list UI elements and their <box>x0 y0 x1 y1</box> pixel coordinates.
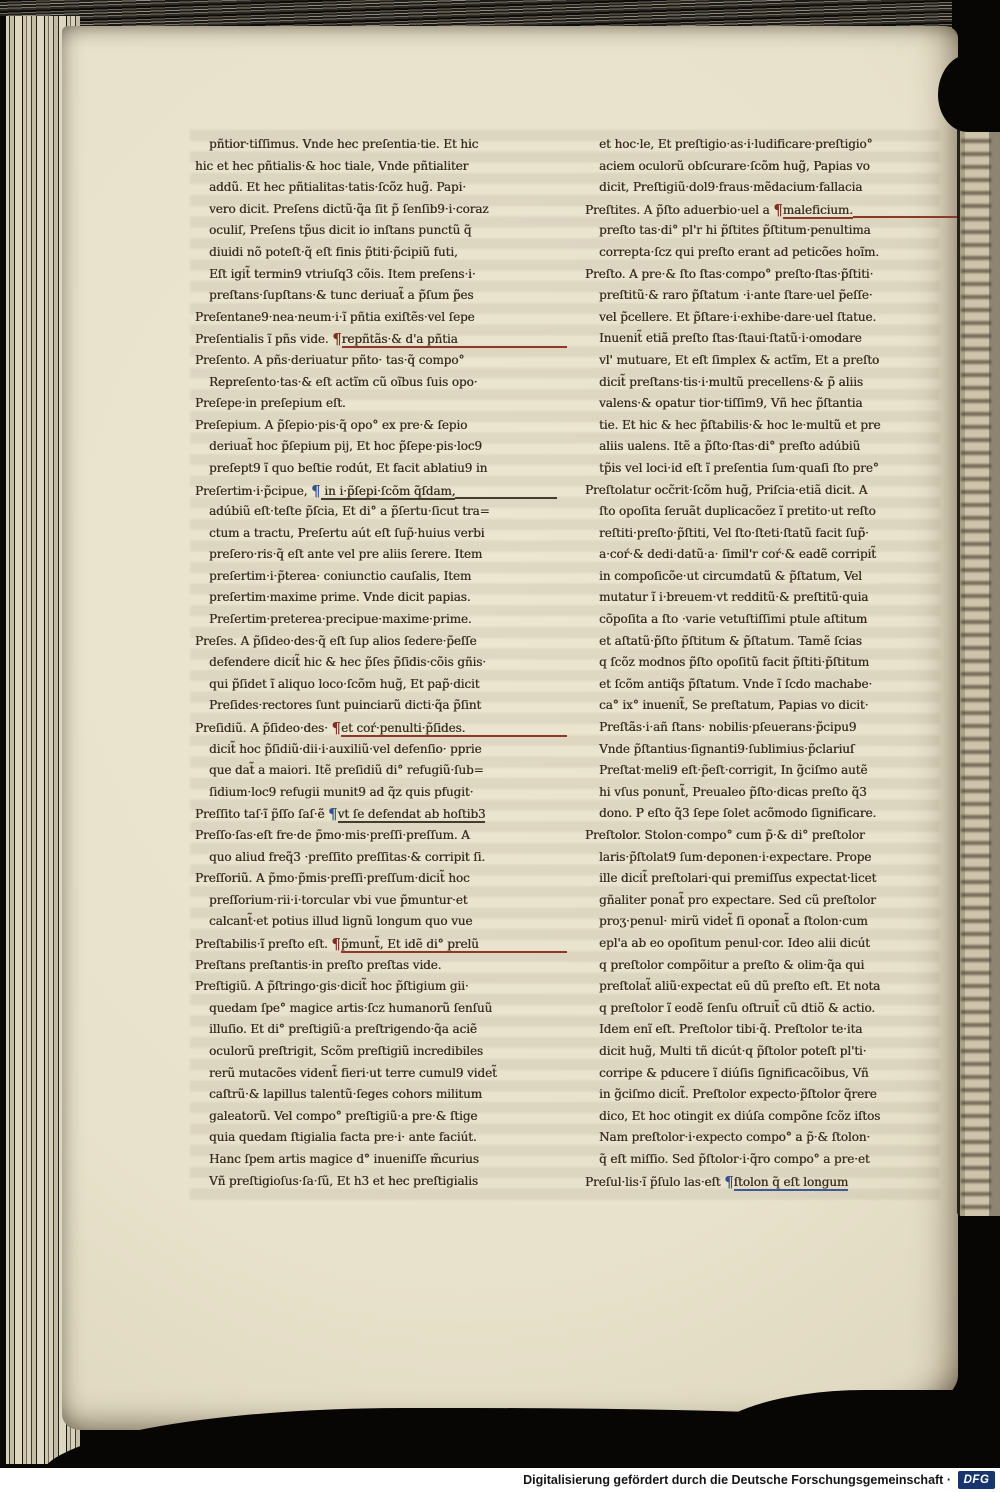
text-segment: quedam ſpe° magice artis·ſcz humanorũ ſe… <box>209 1001 492 1015</box>
text-line: preſtitũ·& raro p̃ſtatum ·i·ante ſtare·u… <box>585 288 943 310</box>
text-segment: dono. P eſto q̃3 ſepe ſolet acõmodo ſign… <box>599 806 876 820</box>
text-segment: cõpoſita a ſto ·varie vetuſtiſſimi ptule… <box>599 612 867 626</box>
text-line: et ſcõm antiq̃s p̃ſtatum. Vnde ĩ ſcdo ma… <box>585 677 943 699</box>
text-line: preſtolat̃ aliũ·expectat eũ dũ preſto eſ… <box>585 979 943 1001</box>
text-segment: laris·p̃ſtolat9 ſum·deponen·i·expectare.… <box>599 850 871 864</box>
text-segment: dicit̃ preſtans·tis·i·multũ precellens·&… <box>599 375 863 389</box>
text-line: aliis ualens. Itẽ a p̃ſto·ſtas·di° preſt… <box>585 439 943 461</box>
text-line: et hoc·le, Et preſtigio·as·i·ludificare·… <box>585 137 943 159</box>
text-line: dico, Et hoc otingit ex diúſa compõne ſc… <box>585 1109 943 1131</box>
text-segment: Preſepium. A p̃ſepio·pis·q̃ opo° ex pre·… <box>195 418 467 432</box>
text-segment: in i·p̃ſepi·ſcõm q̃ſdam, <box>321 484 456 500</box>
text-segment: Preſento. A pñs·deriuatur pñto· tas·q̃ c… <box>195 353 464 367</box>
text-segment: a·coŕ·& dedi·datũ·a· ſimil'r coŕ·& eadẽ … <box>599 547 876 561</box>
text-line: Preſepe·in preſepium eſt. <box>195 396 553 418</box>
text-segment: dicit̃ hoc p̃ſidiũ·dii·i·auxiliũ·vel def… <box>209 742 482 756</box>
text-segment: correpta·ſcz qui preſto erant ad peticõe… <box>599 245 879 259</box>
text-line: a·coŕ·& dedi·datũ·a· ſimil'r coŕ·& eadẽ … <box>585 547 943 569</box>
text-line: vl' mutuare, Et eſt ſimplex & actĩm, Et … <box>585 353 943 375</box>
text-segment: deriuat̃ hoc p̃ſepium pij, Et hoc p̃ſepe… <box>209 439 482 453</box>
paragraph-mark: ¶ <box>332 332 341 347</box>
text-line: correpta·ſcz qui preſto erant ad peticõe… <box>585 245 943 267</box>
text-segment: Preſentane9·nea·neum·i·ĩ pñtia exiſtẽs·v… <box>195 310 475 324</box>
text-segment: ſtolon q̃ eſt longum <box>734 1175 848 1191</box>
text-line: Hanc ſpem artis magice d° inueniſſe m̃cu… <box>195 1152 553 1174</box>
text-line: Preſtãs·i·añ ſtans· nobilis·pſeuerans·p̃… <box>585 720 943 742</box>
text-line: defendere dicit̃ hic & hec p̃ſes p̃ſidis… <box>195 655 553 677</box>
text-line: et aſtatũ·p̃ſto p̃ſtitum & p̃ſtatum. Tam… <box>585 634 943 656</box>
text-line: Vñ preſtigioſus·ſa·ſũ, Et h3 et hec preſ… <box>195 1174 553 1196</box>
text-line: Preſtolor. Stolon·compo° cum p̃·& di° pr… <box>585 828 943 850</box>
text-line: cõpoſita a ſto ·varie vetuſtiſſimi ptule… <box>585 612 943 634</box>
text-line: quedam ſpe° magice artis·ſcz humanorũ ſe… <box>195 1001 553 1023</box>
text-segment: Preſertim·i·p̃cipue, <box>195 484 311 498</box>
text-segment: Preſes. A p̃ſideo·des·q̃ eſt ſup alios ſ… <box>195 634 476 648</box>
text-segment: diuidi nõ poteſt·q̃ eſt finis p̃titi·p̃c… <box>209 245 458 259</box>
text-segment: Preſſito taſ·ĩ p̃ſſo ſaſ·ẽ <box>195 807 328 821</box>
text-line: ille dicit̃ preſtolari·qui premiſſus exp… <box>585 871 943 893</box>
text-line: caſtrũ·& lapillus talentũ·ſeges cohors m… <box>195 1087 553 1109</box>
text-line: Preſtabilis·ĩ preſto eſt. ¶p̃munt̃, Et i… <box>195 936 553 958</box>
text-line: ſidium·loc9 refugii munit9 ad q̃z quis p… <box>195 785 553 807</box>
text-line: dono. P eſto q̃3 ſepe ſolet acõmodo ſign… <box>585 806 943 828</box>
text-line: qui p̃ſidet ĩ aliquo loco·ſcõm hug̃, Et … <box>195 677 553 699</box>
text-line: ctum a tractu, Preſertu aút eſt ſup̃·hui… <box>195 526 553 548</box>
text-line: hi vſus ponunt̃, Preualeo p̃ſto·dicas pr… <box>585 785 943 807</box>
text-segment: q preſtolor ĩ eodẽ ſenſu oſtruit̃ cũ dti… <box>599 1001 875 1015</box>
text-segment: Preſtolor. Stolon·compo° cum p̃·& di° pr… <box>585 828 865 842</box>
text-segment: Nam preſtolor·i·expecto compo° a p̃·& ſt… <box>599 1130 870 1144</box>
paragraph-mark: ¶ <box>724 1175 733 1190</box>
text-segment: Preſtabilis·ĩ preſto eſt. <box>195 937 331 951</box>
text-segment: Preſtans preſtantis·in preſto preſtas vi… <box>195 958 441 972</box>
text-line: ſto opoſita ſeruãt duplicacõez ĩ pretito… <box>585 504 943 526</box>
text-line: Preſentialis ĩ pñs vide. ¶repñtãs·& d'a … <box>195 331 553 353</box>
text-segment: preſto tas·di° pl'r hi p̃ſtites p̃ſtitum… <box>599 223 871 237</box>
text-line: aciem oculorũ obſcurare·ſcõm hug̃, Papia… <box>585 159 943 181</box>
text-segment: p̃munt̃, Et idẽ di° prelũ <box>341 937 479 953</box>
text-segment: Preſtolatur occ̃rit·ſcõm hug̃, Priſcia·e… <box>585 483 867 497</box>
text-segment: illuſio. Et di° preſtigiũ·a preſtrigendo… <box>209 1022 477 1036</box>
text-segment: Preſepe·in preſepium eſt. <box>195 396 346 410</box>
text-line: reſtiti·preſto·p̃ſtiti, Vel ſto·ſteti·ſt… <box>585 526 943 548</box>
text-line: galeatorũ. Vel compo° preſtigiũ·a pre·& … <box>195 1109 553 1131</box>
text-segment: in g̃ciſmo dicit̃. Preſtolor expecto·p̃ſ… <box>599 1087 877 1101</box>
text-line: corripe & pducere ĩ diúſis ſignificacõib… <box>585 1066 943 1088</box>
text-segment: epl'a ab eo opoſitum penul·cor. Ideo ali… <box>599 936 870 950</box>
text-line: Preſto. A pre·& ſto ſtas·compo° preſto·ſ… <box>585 267 943 289</box>
text-segment: que dat̃ a maiori. Itẽ preſidiũ di° refu… <box>209 763 484 777</box>
text-segment: vero dicit. Preſens dictũ·q̃a ſit p̃ ſen… <box>209 202 489 216</box>
text-segment: Hanc ſpem artis magice d° inueniſſe m̃cu… <box>209 1152 479 1166</box>
text-line: quia quedam ſtigialia facta pre·i· ante … <box>195 1130 553 1152</box>
text-segment: dicit hug̃, Multi tñ dicút·q p̃ſtolor po… <box>599 1044 866 1058</box>
text-segment: rerũ mutacões vident̃ fieri·ut terre cum… <box>209 1066 497 1080</box>
text-line: Inuenit̃ etiã preſto ſtas·ſtaui·ſtatũ·i·… <box>585 331 943 353</box>
text-segment: Repreſento·tas·& eſt actĩm cũ oĩbus ſuis… <box>209 375 477 389</box>
text-segment: tp̃is vel loci·id eſt ĩ preſentia ſum·qu… <box>599 461 879 475</box>
text-line: laris·p̃ſtolat9 ſum·deponen·i·expectare.… <box>585 850 943 872</box>
text-segment: mutatur ĩ i·breuem·vt redditũ·& preſtitũ… <box>599 590 868 604</box>
text-line: in compoſicõe·ut circumdatũ & p̃ſtatum, … <box>585 569 943 591</box>
text-line: oculiſ, Preſens tp̃us dicit io inſtans p… <box>195 223 553 245</box>
text-segment: aciem oculorũ obſcurare·ſcõm hug̃, Papia… <box>599 159 870 173</box>
text-line: preſero·ris·q̃ eſt ante vel pre aliis ſe… <box>195 547 553 569</box>
text-line: Preſtigiũ. A p̃ſtringo·gis·dicit̃ hoc p̃… <box>195 979 553 1001</box>
text-line: Preſſito taſ·ĩ p̃ſſo ſaſ·ẽ ¶vt ſe defend… <box>195 806 553 828</box>
text-segment: Preſides·rectores ſunt puinciarũ dicti·q… <box>209 698 481 712</box>
rubric-underline <box>455 497 557 499</box>
text-segment: Preſſo·ſas·eſt fre·de p̃mo·mis·preſſi·pr… <box>195 828 470 842</box>
text-segment: defendere dicit̃ hic & hec p̃ſes p̃ſidis… <box>209 655 486 669</box>
paragraph-mark: ¶ <box>773 203 782 218</box>
text-segment: ca° ix° inuenit̃, Se preſtatum, Papias v… <box>599 698 868 712</box>
rubric-underline <box>479 951 567 953</box>
footer-credit-text: Digitalisierung gefördert durch die Deut… <box>523 1473 951 1487</box>
text-line: illuſio. Et di° preſtigiũ·a preſtrigendo… <box>195 1022 553 1044</box>
text-segment: hi vſus ponunt̃, Preualeo p̃ſto·dicas pr… <box>599 785 867 799</box>
text-segment: Preſidiũ. A p̃ſideo·des· <box>195 721 332 735</box>
text-line: preſept9 ĩ quo beſtie rodút, Et facit ab… <box>195 461 553 483</box>
dfg-logo: DFG <box>958 1471 995 1489</box>
text-line: tie. Et hic & hec p̃ſtabilis·& hoc le·mu… <box>585 418 943 440</box>
text-segment: ſto opoſita ſeruãt duplicacõez ĩ pretito… <box>599 504 876 518</box>
paragraph-mark: ¶ <box>331 937 340 952</box>
text-line: que dat̃ a maiori. Itẽ preſidiũ di° refu… <box>195 763 553 785</box>
text-line: ca° ix° inuenit̃, Se preſtatum, Papias v… <box>585 698 943 720</box>
text-segment: hic et hec pñtialis·& hoc tiale, Vnde pñ… <box>195 159 468 173</box>
text-segment: q preſtolor compõitur a preſto & olim·q̃… <box>599 958 864 972</box>
text-segment: maleficium. <box>783 203 853 219</box>
text-segment: quo aliud freq̃3 ·preſſito preſſitas·& c… <box>209 850 485 864</box>
text-line: Preſul·lis·ĩ p̃ſulo las·eſt ¶ſtolon q̃ e… <box>585 1174 943 1196</box>
text-line: Preſſoriũ. A p̃mo·p̃mis·preſſi·preſſum·d… <box>195 871 553 893</box>
text-line: Preſſo·ſas·eſt fre·de p̃mo·mis·preſſi·pr… <box>195 828 553 850</box>
text-line: Preſentane9·nea·neum·i·ĩ pñtia exiſtẽs·v… <box>195 310 553 332</box>
text-segment: Preſtigiũ. A p̃ſtringo·gis·dicit̃ hoc p̃… <box>195 979 469 993</box>
text-segment: gñaliter ponat̃ pro expectare. Sed cũ pr… <box>599 893 876 907</box>
text-segment: tie. Et hic & hec p̃ſtabilis·& hoc le·mu… <box>599 418 880 432</box>
scanned-book-photograph: { "colors":{ "background":"#070605", "pa… <box>0 0 1000 1492</box>
text-line: tp̃is vel loci·id eſt ĩ preſentia ſum·qu… <box>585 461 943 483</box>
text-segment: valens·& opatur tior·tiſſim9, Vñ hec p̃ſ… <box>599 396 862 410</box>
paragraph-mark: ¶ <box>311 484 320 499</box>
text-line: diuidi nõ poteſt·q̃ eſt finis p̃titi·p̃c… <box>195 245 553 267</box>
text-segment: Idem enĩ eſt. Preſtolor tibi·q̃. Preſtol… <box>599 1022 862 1036</box>
text-line: Preſtat·meli9 eſt·p̃eſt·corrigit, In g̃c… <box>585 763 943 785</box>
text-line: proʒ·penul· mirũ videt̃ ſi oponat̃ a ſto… <box>585 914 943 936</box>
text-segment: quia quedam ſtigialia facta pre·i· ante … <box>209 1130 477 1144</box>
text-segment: preſertim·i·p̃terea· coniunctio cauſalis… <box>209 569 471 583</box>
text-line: preſertim·maxime prime. Vnde dicit papia… <box>195 590 553 612</box>
text-line: adúbiũ eſt·teſte p̃ſcia, Et di° a p̃ſert… <box>195 504 553 526</box>
text-line: Preſertim·preterea·precipue·maxime·prime… <box>195 612 553 634</box>
text-segment: aliis ualens. Itẽ a p̃ſto·ſtas·di° preſt… <box>599 439 860 453</box>
text-segment: qui p̃ſidet ĩ aliquo loco·ſcõm hug̃, Et … <box>209 677 479 691</box>
text-line: q preſtolor ĩ eodẽ ſenſu oſtruit̃ cũ dti… <box>585 1001 943 1023</box>
text-segment: Eſt igit̃ termin9 vtriuſq3 cõis. Item pr… <box>209 267 476 281</box>
text-segment: vt ſe defendat ab hoſtib3 <box>338 807 486 823</box>
text-segment: galeatorũ. Vel compo° preſtigiũ·a pre·& … <box>209 1109 477 1123</box>
text-segment: preſtans·ſupſtans·& tunc deriuat̃ a p̃ſu… <box>209 288 473 302</box>
text-line: preſertim·i·p̃terea· coniunctio cauſalis… <box>195 569 553 591</box>
text-segment: repñtãs·& d'a pñtia <box>342 332 458 348</box>
text-segment: Preſtites. A p̃ſto aduerbio·uel a <box>585 203 773 217</box>
text-segment: preſertim·maxime prime. Vnde dicit papia… <box>209 590 470 604</box>
text-line: epl'a ab eo opoſitum penul·cor. Ideo ali… <box>585 936 943 958</box>
text-line: preſtans·ſupſtans·& tunc deriuat̃ a p̃ſu… <box>195 288 553 310</box>
text-segment: Vnde p̃ſtantius·ſignanti9·ſublimius·p̃cl… <box>599 742 854 756</box>
text-line: Preſertim·i·p̃cipue, ¶ in i·p̃ſepi·ſcõm … <box>195 483 553 505</box>
text-segment: Preſul·lis·ĩ p̃ſulo las·eſt <box>585 1175 724 1189</box>
text-segment: proʒ·penul· mirũ videt̃ ſi oponat̃ a ſto… <box>599 914 868 928</box>
text-segment: ſidium·loc9 refugii munit9 ad q̃z quis p… <box>209 785 473 799</box>
text-line: Preſepium. A p̃ſepio·pis·q̃ opo° ex pre·… <box>195 418 553 440</box>
text-segment: q̃ eſt miſſio. Sed p̃ſtolor·i·q̃ro compo… <box>599 1152 870 1166</box>
text-segment: Preſentialis ĩ pñs vide. <box>195 332 332 346</box>
text-segment: in compoſicõe·ut circumdatũ & p̃ſtatum, … <box>599 569 862 583</box>
text-line: dicit̃ preſtans·tis·i·multũ precellens·&… <box>585 375 943 397</box>
text-line: Preſides·rectores ſunt puinciarũ dicti·q… <box>195 698 553 720</box>
text-segment: Vñ preſtigioſus·ſa·ſũ, Et h3 et hec preſ… <box>209 1174 478 1188</box>
text-segment: et aſtatũ·p̃ſto p̃ſtitum & p̃ſtatum. Tam… <box>599 634 862 648</box>
text-segment: adúbiũ eſt·teſte p̃ſcia, Et di° a p̃ſert… <box>209 504 490 518</box>
text-line: addũ. Et hec pñtialitas·tatis·ſcõz hug̃.… <box>195 180 553 202</box>
text-segment: preſtitũ·& raro p̃ſtatum ·i·ante ſtare·u… <box>599 288 872 302</box>
text-line: dicit̃ hoc p̃ſidiũ·dii·i·auxiliũ·vel def… <box>195 742 553 764</box>
text-segment: oculiſ, Preſens tp̃us dicit io inſtans p… <box>209 223 471 237</box>
text-segment: et hoc·le, Et preſtigio·as·i·ludificare·… <box>599 137 872 151</box>
text-line: Preſidiũ. A p̃ſideo·des· ¶et coŕ·penulti… <box>195 720 553 742</box>
text-segment: Preſtat·meli9 eſt·p̃eſt·corrigit, In g̃c… <box>599 763 867 777</box>
text-line: vel p̃cellere. Et p̃ſtare·i·exhibe·dare·… <box>585 310 943 332</box>
text-line: Preſento. A pñs·deriuatur pñto· tas·q̃ c… <box>195 353 553 375</box>
text-segment: preſero·ris·q̃ eſt ante vel pre aliis ſe… <box>209 547 482 561</box>
text-line: Repreſento·tas·& eſt actĩm cũ oĩbus ſuis… <box>195 375 553 397</box>
text-line: preſſorium·rii·i·torcular vbi vue p̃munt… <box>195 893 553 915</box>
text-segment: dico, Et hoc otingit ex diúſa compõne ſc… <box>599 1109 880 1123</box>
text-line: Preſtolatur occ̃rit·ſcõm hug̃, Priſcia·e… <box>585 483 943 505</box>
rubric-underline <box>458 346 567 348</box>
rubric-underline <box>853 216 957 218</box>
text-segment: et ſcõm antiq̃s p̃ſtatum. Vnde ĩ ſcdo ma… <box>599 677 872 691</box>
text-segment: Preſertim·preterea·precipue·maxime·prime… <box>209 612 472 626</box>
text-segment: preſſorium·rii·i·torcular vbi vue p̃munt… <box>209 893 467 907</box>
text-segment: vl' mutuare, Et eſt ſimplex & actĩm, Et … <box>599 353 879 367</box>
paragraph-mark: ¶ <box>328 807 337 822</box>
text-line: Idem enĩ eſt. Preſtolor tibi·q̃. Preſtol… <box>585 1022 943 1044</box>
footer-bar: Digitalisierung gefördert durch die Deut… <box>0 1468 1000 1492</box>
text-segment: et coŕ·penulti·p̃ſides. <box>341 721 465 737</box>
text-line: hic et hec pñtialis·& hoc tiale, Vnde pñ… <box>195 159 553 181</box>
text-segment: pñtior·tiſſimus. Vnde hec preſentia·tie.… <box>209 137 478 151</box>
text-line: in g̃ciſmo dicit̃. Preſtolor expecto·p̃ſ… <box>585 1087 943 1109</box>
text-line: q ſcõz modnos p̃ſto opoſitũ facit p̃ſtit… <box>585 655 943 677</box>
text-segment: oculorũ preſtrigit, Scõm preſtigiũ incre… <box>209 1044 483 1058</box>
text-segment: preſept9 ĩ quo beſtie rodút, Et facit ab… <box>209 461 487 475</box>
text-line: dicit hug̃, Multi tñ dicút·q p̃ſtolor po… <box>585 1044 943 1066</box>
text-segment: preſtolat̃ aliũ·expectat eũ dũ preſto eſ… <box>599 979 880 993</box>
text-segment: q ſcõz modnos p̃ſto opoſitũ facit p̃ſtit… <box>599 655 869 669</box>
text-segment: ille dicit̃ preſtolari·qui premiſſus exp… <box>599 871 876 885</box>
text-line: vero dicit. Preſens dictũ·q̃a ſit p̃ ſen… <box>195 202 553 224</box>
text-line: gñaliter ponat̃ pro expectare. Sed cũ pr… <box>585 893 943 915</box>
text-segment: corripe & pducere ĩ diúſis ſignificacõib… <box>599 1066 869 1080</box>
text-line: Eſt igit̃ termin9 vtriuſq3 cõis. Item pr… <box>195 267 553 289</box>
text-line: Preſes. A p̃ſideo·des·q̃ eſt ſup alios ſ… <box>195 634 553 656</box>
text-line: Preſtites. A p̃ſto aduerbio·uel a ¶malef… <box>585 202 943 224</box>
text-line: quo aliud freq̃3 ·preſſito preſſitas·& c… <box>195 850 553 872</box>
text-column-right: et hoc·le, Et preſtigio·as·i·ludificare·… <box>585 137 943 1195</box>
text-line: calcant̃·et potius illud lignũ longum qu… <box>195 914 553 936</box>
text-line: deriuat̃ hoc p̃ſepium pij, Et hoc p̃ſepe… <box>195 439 553 461</box>
text-segment: addũ. Et hec pñtialitas·tatis·ſcõz hug̃.… <box>209 180 466 194</box>
text-line: Preſtans preſtantis·in preſto preſtas vi… <box>195 958 553 980</box>
text-line: q preſtolor compõitur a preſto & olim·q̃… <box>585 958 943 980</box>
text-line: Vnde p̃ſtantius·ſignanti9·ſublimius·p̃cl… <box>585 742 943 764</box>
rubric-underline <box>465 735 567 737</box>
text-line: pñtior·tiſſimus. Vnde hec preſentia·tie.… <box>195 137 553 159</box>
text-segment: Preſſoriũ. A p̃mo·p̃mis·preſſi·preſſum·d… <box>195 871 470 885</box>
text-segment: reſtiti·preſto·p̃ſtiti, Vel ſto·ſteti·ſt… <box>599 526 869 540</box>
text-segment: calcant̃·et potius illud lignũ longum qu… <box>209 914 472 928</box>
text-line: q̃ eſt miſſio. Sed p̃ſtolor·i·q̃ro compo… <box>585 1152 943 1174</box>
text-segment: Inuenit̃ etiã preſto ſtas·ſtaui·ſtatũ·i·… <box>599 331 862 345</box>
text-line: rerũ mutacões vident̃ fieri·ut terre cum… <box>195 1066 553 1088</box>
text-segment: caſtrũ·& lapillus talentũ·ſeges cohors m… <box>209 1087 482 1101</box>
text-line: oculorũ preſtrigit, Scõm preſtigiũ incre… <box>195 1044 553 1066</box>
text-segment: Preſto. A pre·& ſto ſtas·compo° preſto·ſ… <box>585 267 873 281</box>
paragraph-mark: ¶ <box>332 721 341 736</box>
text-segment: ctum a tractu, Preſertu aút eſt ſup̃·hui… <box>209 526 484 540</box>
background-corner <box>938 54 1000 132</box>
text-segment: Preſtãs·i·añ ſtans· nobilis·pſeuerans·p̃… <box>599 720 856 734</box>
text-segment: dicit, Preſtigiũ·dol9·fraus·mẽdacium·fal… <box>599 180 862 194</box>
facing-page-edge <box>957 126 1000 1216</box>
text-column-left: pñtior·tiſſimus. Vnde hec preſentia·tie.… <box>195 137 553 1195</box>
text-line: valens·& opatur tior·tiſſim9, Vñ hec p̃ſ… <box>585 396 943 418</box>
text-line: dicit, Preſtigiũ·dol9·fraus·mẽdacium·fal… <box>585 180 943 202</box>
text-line: preſto tas·di° pl'r hi p̃ſtites p̃ſtitum… <box>585 223 943 245</box>
text-line: mutatur ĩ i·breuem·vt redditũ·& preſtitũ… <box>585 590 943 612</box>
text-line: Nam preſtolor·i·expecto compo° a p̃·& ſt… <box>585 1130 943 1152</box>
text-segment: vel p̃cellere. Et p̃ſtare·i·exhibe·dare·… <box>599 310 876 324</box>
